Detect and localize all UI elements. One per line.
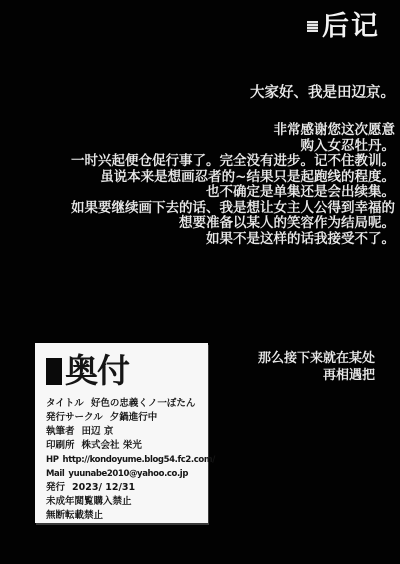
solid-square-bullet-icon: [46, 358, 62, 385]
colophon-entries: タイトル好色の忠義くノ一ぼたん 発行サークル夕鍋進行中 執筆者田辺 京 印刷所株…: [46, 397, 208, 523]
entry-label: HP: [46, 455, 59, 465]
entry-value: 2023/ 12/31: [72, 482, 135, 493]
closing-line: 再相遇把: [258, 367, 375, 384]
colophon-title: 奥付: [65, 353, 129, 389]
colophon-entry-printer: 印刷所株式会社 栄光: [46, 439, 208, 453]
body-line: 也不确定是单集还是会出续集。: [71, 185, 395, 201]
entry-label: タイトル: [46, 398, 84, 409]
colophon-entry-mail: Mailyuunabe2010@yahoo.co.jp: [46, 467, 208, 481]
greeting-line: 大家好、我是田辺京。: [250, 85, 395, 101]
colophon-entry-reprint-notice: 無断転載禁止: [46, 509, 208, 523]
entry-value: 夕鍋進行中: [110, 412, 158, 423]
afterword-page: 后记 大家好、我是田辺京。 非常感谢您这次愿意 购入女忍牡丹。 一时兴起便仓促行…: [0, 0, 400, 564]
entry-label: Mail: [46, 469, 64, 479]
colophon-header: 奥付: [46, 353, 208, 389]
entry-value: 好色の忠義くノ一ぼたん: [91, 398, 196, 409]
entry-value: http://kondoyume.blog54.fc2.com/: [63, 455, 215, 465]
body-line: 虽说本来是想画忍者的~结果只是起跑线的程度。: [71, 170, 395, 186]
entry-label: 発行: [46, 482, 65, 493]
colophon-box: 奥付 タイトル好色の忠義くノ一ぼたん 発行サークル夕鍋進行中 執筆者田辺 京 印…: [35, 343, 208, 523]
entry-value: 未成年閲覧購入禁止: [46, 496, 132, 507]
entry-value: 田辺 京: [82, 426, 114, 437]
entry-label: 執筆者: [46, 426, 75, 437]
closing-line: 那么接下来就在某处: [258, 350, 375, 367]
striped-square-bullet-icon: [307, 21, 318, 32]
colophon-entry-age-notice: 未成年閲覧購入禁止: [46, 495, 208, 509]
body-line: 非常感谢您这次愿意: [71, 123, 395, 139]
body-line: 如果不是这样的话我接受不了。: [71, 232, 395, 248]
entry-value: 株式会社 栄光: [82, 440, 142, 451]
colophon-entry-homepage: HPhttp://kondoyume.blog54.fc2.com/: [46, 453, 208, 467]
entry-label: 印刷所: [46, 440, 75, 451]
colophon-entry-title: タイトル好色の忠義くノ一ぼたん: [46, 397, 208, 411]
body-line: 一时兴起便仓促行事了。完全没有进步。记不住教训。: [71, 154, 395, 170]
colophon-entry-author: 執筆者田辺 京: [46, 425, 208, 439]
afterword-body: 非常感谢您这次愿意 购入女忍牡丹。 一时兴起便仓促行事了。完全没有进步。记不住教…: [71, 123, 395, 247]
afterword-header: 后记: [307, 12, 380, 41]
entry-label: 発行サークル: [46, 412, 103, 423]
colophon-entry-date: 発行2023/ 12/31: [46, 481, 208, 495]
page-title: 后记: [322, 12, 380, 41]
entry-value: yuunabe2010@yahoo.co.jp: [68, 469, 188, 479]
body-line: 想要准备以某人的笑容作为结局呢。: [71, 216, 395, 232]
body-line: 如果要继续画下去的话、我是想让女主人公得到幸福的: [71, 201, 395, 217]
closing-block: 那么接下来就在某处 再相遇把: [258, 350, 375, 384]
colophon-entry-circle: 発行サークル夕鍋進行中: [46, 411, 208, 425]
body-line: 购入女忍牡丹。: [71, 139, 395, 155]
entry-value: 無断転載禁止: [46, 510, 103, 521]
